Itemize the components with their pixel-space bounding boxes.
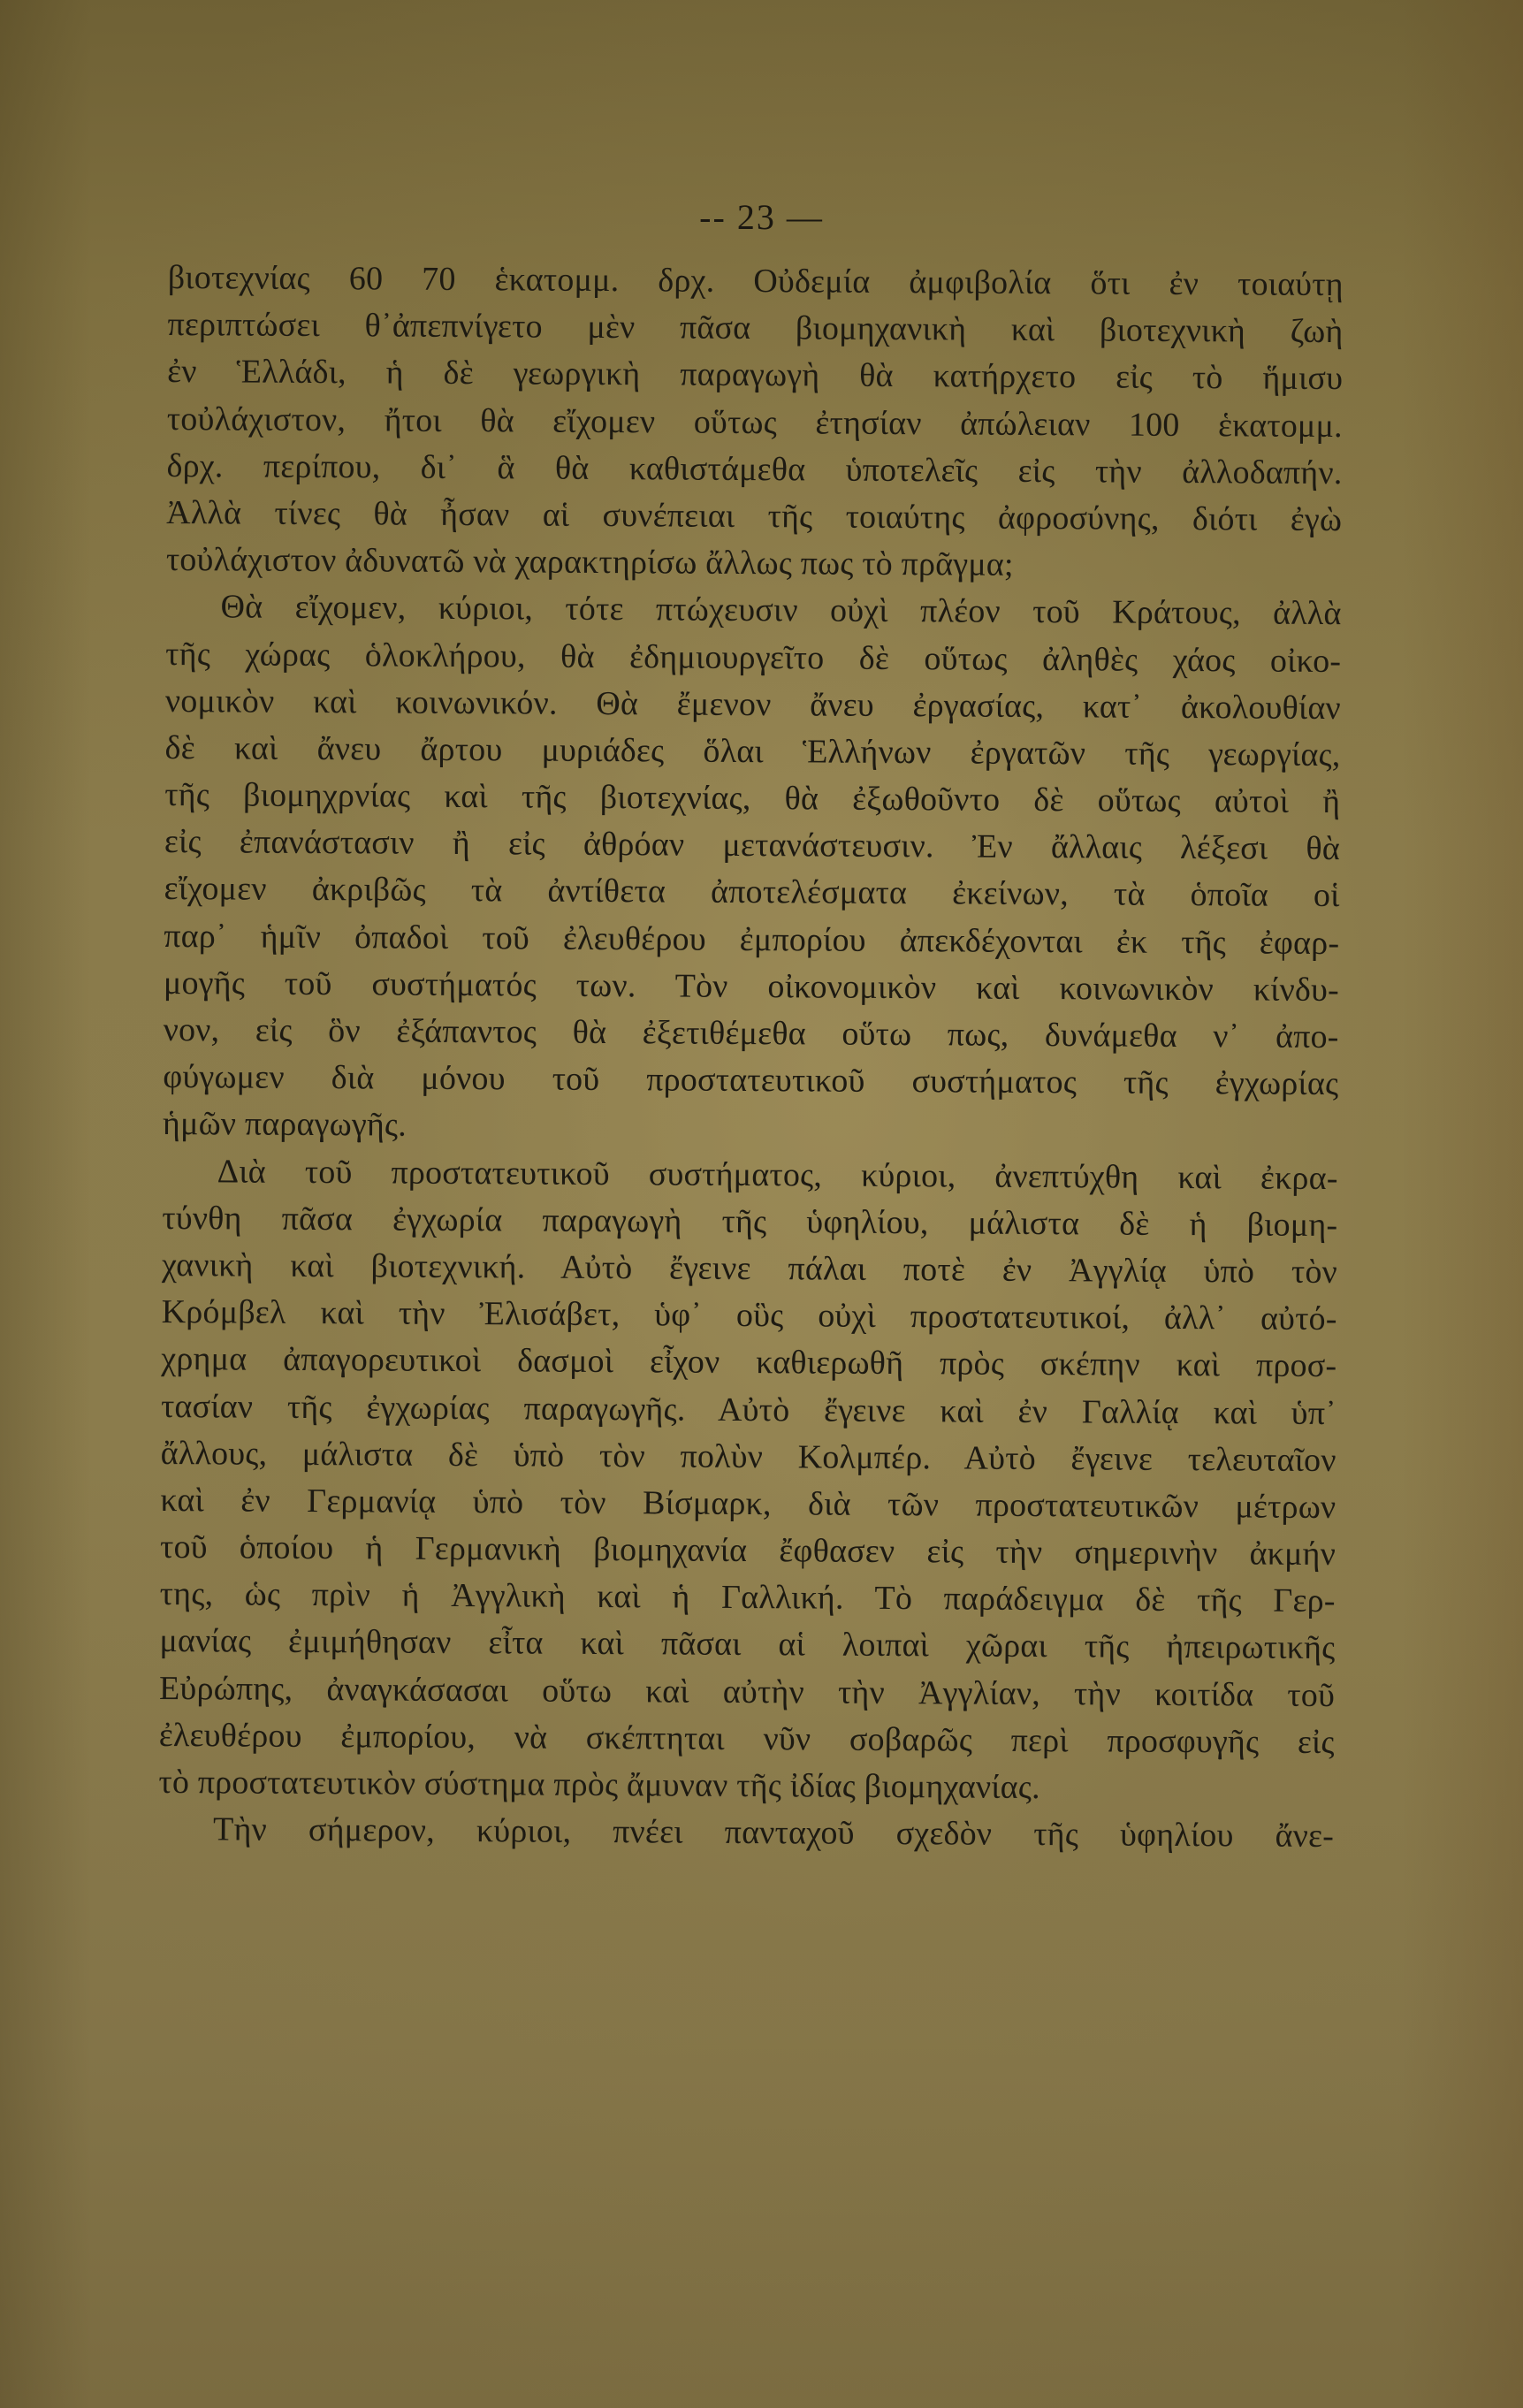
paragraph-start-line: Διὰ τοῦ προστατευτικοῦ συστήματος, κύριο… (163, 1148, 1338, 1202)
paragraph-start-line: Θὰ εἴχομεν, κύριοι, τότε πτώχευσιν οὐχὶ … (165, 583, 1341, 637)
text-line: Ἀλλὰ τίνες θὰ ἦσαν αἱ συνέπειαι τῆς τοια… (166, 490, 1342, 544)
text-line: βιοτεχνίας 60 70 ἑκατομμ. δρχ. Οὐδεμία ἀ… (168, 255, 1344, 309)
text-line: εἴχομεν ἀκριβῶς τὰ ἀντίθετα ἀποτελέσματα… (164, 865, 1339, 919)
text-line: νον, εἰς ὃν ἐξάπαντος θὰ ἐξετιθέμεθα οὕτ… (163, 1007, 1338, 1061)
text-line: δρχ. περίπου, δι᾽ ἃ θὰ καθιστάμεθα ὑποτε… (166, 443, 1342, 497)
text-line: μανίας ἐμιμήθησαν εἶτα καὶ πᾶσαι αἱ λοιπ… (159, 1618, 1335, 1672)
text-line: δὲ καὶ ἄνευ ἄρτου μυριάδες ὅλαι Ἑλλήνων … (164, 725, 1340, 779)
paragraph-end-line: τὸ προστατευτικὸν σύστημα πρὸς ἄμυναν τῆ… (158, 1759, 1334, 1813)
text-line: ἐν Ἑλλάδι, ἡ δὲ γεωργικὴ παραγωγὴ θὰ κατ… (167, 348, 1343, 402)
text-line: τῆς βιομηχρνίας καὶ τῆς βιοτεχνίας, θὰ ἐ… (164, 772, 1340, 826)
paragraph-end-line: ἡμῶν παραγωγῆς. (163, 1101, 1338, 1154)
body-text: βιοτεχνίας 60 70 ἑκατομμ. δρχ. Οὐδεμία ἀ… (158, 255, 1344, 1860)
text-line: μογῆς τοῦ συστήματός των. Τὸν οἰκονομικὸ… (164, 960, 1339, 1014)
text-line: τύνθη πᾶσα ἐγχωρία παραγωγὴ τῆς ὑφηλίου,… (162, 1195, 1337, 1249)
text-line: χανικὴ καὶ βιοτεχνική. Αὐτὸ ἔγεινε πάλαι… (162, 1242, 1337, 1296)
text-line: τοὐλάχιστον, ἤτοι θὰ εἴχομεν οὕτως ἐτησί… (167, 396, 1343, 450)
text-line: εἰς ἐπανάστασιν ἢ εἰς ἀθρόαν μετανάστευσ… (164, 819, 1340, 873)
text-line: φύγωμεν διὰ μόνου τοῦ προστατευτικοῦ συσ… (163, 1054, 1338, 1108)
text-line: ἐλευθέρου ἐμπορίου, νὰ σκέπτηται νῦν σοβ… (159, 1712, 1335, 1766)
text-line: Κρόμβελ καὶ τὴν Ἐλισάβετ, ὑφ᾽ οὓς οὐχὶ π… (162, 1289, 1337, 1343)
text-line: τῆς χώρας ὁλοκλήρου, θὰ ἐδημιουργεῖτο δὲ… (165, 630, 1341, 684)
page-number: -- 23 — (0, 196, 1523, 238)
text-line: χρημα ἀπαγορευτικοὶ δασμοὶ εἶχον καθιερω… (161, 1336, 1336, 1390)
text-line: περιπτώσει θ᾽ἀπεπνίγετο μὲν πᾶσα βιομηχα… (167, 301, 1343, 355)
paragraph-end-line: τοὐλάχιστον ἀδυνατῶ νὰ χαρακτηρίσω ἄλλως… (166, 537, 1342, 591)
text-line: της, ὡς πρὶν ἡ Ἀγγλικὴ καὶ ἡ Γαλλική. Τὸ… (160, 1571, 1336, 1625)
text-line: τασίαν τῆς ἐγχωρίας παραγωγῆς. Αὐτὸ ἔγει… (161, 1383, 1336, 1436)
text-line: Εὐρώπης, ἀναγκάσασαι οὕτω καὶ αὐτὴν τὴν … (159, 1665, 1335, 1719)
paragraph-start-line: Τὴν σήμερον, κύριοι, πνέει πανταχοῦ σχεδ… (158, 1806, 1334, 1860)
text-line: νομικὸν καὶ κοινωνικόν. Θὰ ἔμενον ἄνευ ἐ… (165, 678, 1341, 732)
text-line: καὶ ἐν Γερμανίᾳ ὑπὸ τὸν Βίσμαρκ, διὰ τῶν… (160, 1477, 1336, 1531)
text-line: παρ᾽ ἡμῖν ὀπαδοὶ τοῦ ἐλευθέρου ἐμπορίου … (164, 913, 1339, 967)
text-line: τοῦ ὁποίου ἡ Γερμανικὴ βιομηχανία ἔφθασε… (160, 1524, 1336, 1578)
scanned-book-page: -- 23 — βιοτεχνίας 60 70 ἑκατομμ. δρχ. Ο… (0, 0, 1523, 2408)
text-line: ἄλλους, μάλιστα δὲ ὑπὸ τὸν πολὺν Κολμπέρ… (161, 1430, 1336, 1484)
